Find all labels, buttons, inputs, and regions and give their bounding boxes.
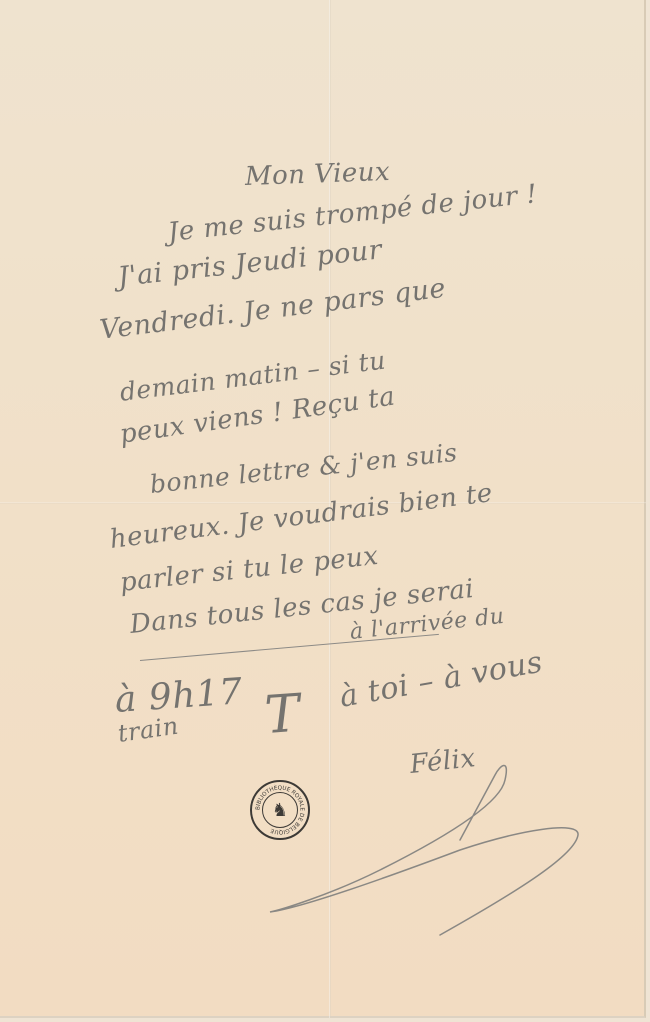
stamp-ring-text: BIBLIOTHÈQUE ROYALE DE BELGIQUE: [252, 782, 308, 838]
salutation: Mon Vieux: [244, 157, 390, 192]
signature-flourish: [260, 760, 590, 960]
letter-page: Mon Vieux Je me suis trompé de jour ! J'…: [0, 0, 646, 1018]
closing-initial: T: [263, 684, 302, 746]
svg-text:BIBLIOTHÈQUE ROYALE DE BELGIQU: BIBLIOTHÈQUE ROYALE DE BELGIQUE: [255, 784, 304, 835]
time-line: à 9h17: [114, 671, 244, 721]
closing-words: à toi – à vous: [337, 645, 545, 715]
library-stamp: BIBLIOTHÈQUE ROYALE DE BELGIQUE ♞: [250, 780, 310, 840]
